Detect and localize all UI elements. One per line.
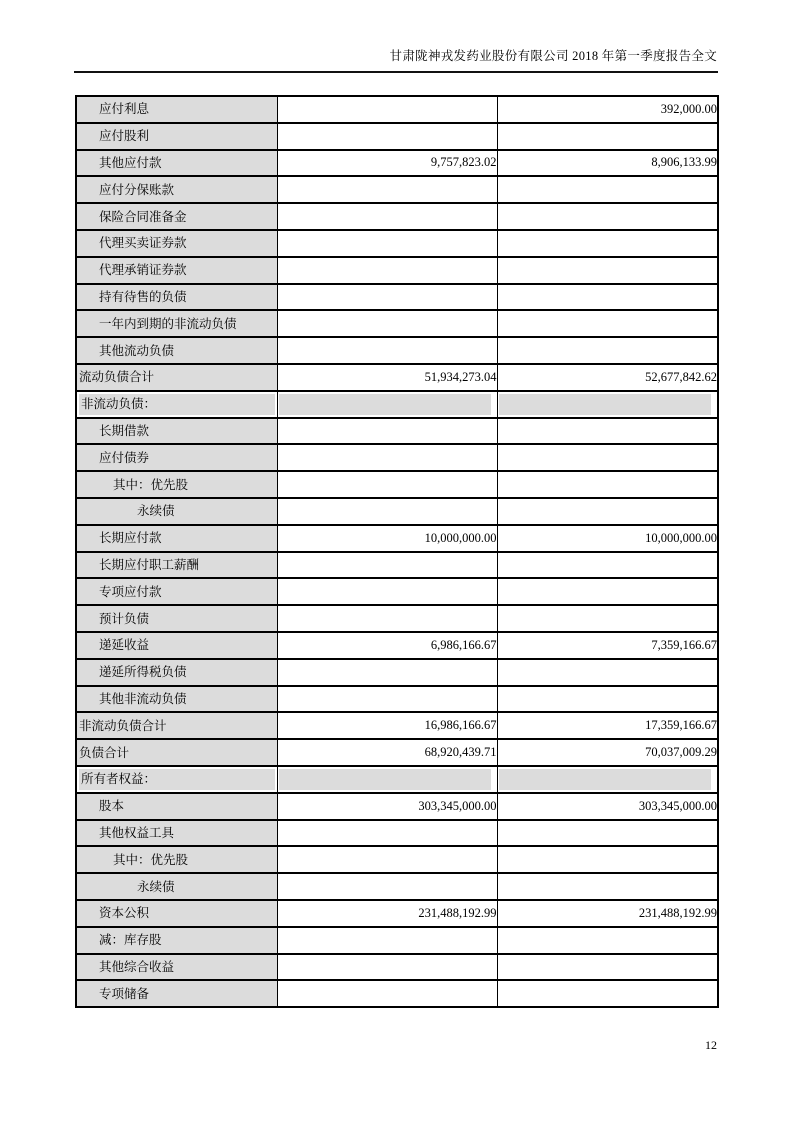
table-row: 永续债 <box>76 873 718 900</box>
row-label-cell: 代理承销证券款 <box>76 257 277 284</box>
table-row: 长期应付款 10,000,000.00 10,000,000.00 <box>76 525 718 552</box>
row-value-col2 <box>497 310 718 337</box>
row-label-cell: 其中：优先股 <box>76 846 277 873</box>
table-row: 资本公积 231,488,192.99 231,488,192.99 <box>76 900 718 927</box>
row-label: 一年内到期的非流动负债 <box>77 314 277 334</box>
row-value-col1 <box>277 552 497 579</box>
row-label-cell: 其他非流动负债 <box>76 686 277 713</box>
row-label-cell: 递延所得税负债 <box>76 659 277 686</box>
table-row: 应付利息 392,000.00 <box>76 96 718 123</box>
row-value-col2 <box>497 284 718 311</box>
row-label: 持有待售的负债 <box>77 287 277 307</box>
row-value-col1: 16,986,166.67 <box>277 712 497 739</box>
row-label-cell: 持有待售的负债 <box>76 284 277 311</box>
row-label: 所有者权益： <box>79 769 275 789</box>
row-value-col1 <box>277 284 497 311</box>
table-row: 减：库存股 <box>76 927 718 954</box>
row-value-col1 <box>277 471 497 498</box>
table-row: 其他应付款 9,757,823.02 8,906,133.99 <box>76 150 718 177</box>
row-value-col2 <box>497 471 718 498</box>
row-value-col1 <box>277 337 497 364</box>
row-value-col1 <box>277 444 497 471</box>
row-label-cell: 非流动负债： <box>76 391 277 418</box>
row-value-col2 <box>497 659 718 686</box>
row-label-cell: 专项储备 <box>76 980 277 1007</box>
table-row: 其中：优先股 <box>76 471 718 498</box>
row-label: 股本 <box>77 796 277 816</box>
row-value-col1 <box>277 686 497 713</box>
row-value-col2 <box>497 873 718 900</box>
row-label: 其他非流动负债 <box>77 689 277 709</box>
row-value-col2: 52,677,842.62 <box>497 364 718 391</box>
row-value-col1 <box>277 766 497 793</box>
row-label: 其他综合收益 <box>77 957 277 977</box>
row-label: 专项应付款 <box>77 582 277 602</box>
row-label: 永续债 <box>77 501 277 521</box>
row-label-cell: 股本 <box>76 793 277 820</box>
row-label: 保险合同准备金 <box>77 207 277 227</box>
row-label-cell: 减：库存股 <box>76 927 277 954</box>
row-label: 其他流动负债 <box>77 341 277 361</box>
row-label-cell: 一年内到期的非流动负债 <box>76 310 277 337</box>
row-value-col2 <box>497 418 718 445</box>
row-label-cell: 其他权益工具 <box>76 820 277 847</box>
table-row: 专项储备 <box>76 980 718 1007</box>
row-label: 代理买卖证券款 <box>77 233 277 253</box>
row-value-col2 <box>497 686 718 713</box>
row-label: 流动负债合计 <box>77 367 277 387</box>
row-value-col1 <box>277 257 497 284</box>
row-value-col2 <box>497 391 718 418</box>
row-label-cell: 所有者权益： <box>76 766 277 793</box>
row-label: 递延收益 <box>77 635 277 655</box>
row-label: 预计负债 <box>77 609 277 629</box>
row-value-col2 <box>497 927 718 954</box>
table-row: 其他非流动负债 <box>76 686 718 713</box>
table-row: 其他流动负债 <box>76 337 718 364</box>
row-label-cell: 应付债券 <box>76 444 277 471</box>
row-label-cell: 其他流动负债 <box>76 337 277 364</box>
table-row: 代理买卖证券款 <box>76 230 718 257</box>
row-label: 资本公积 <box>77 903 277 923</box>
row-value-col1 <box>277 203 497 230</box>
table-row: 长期借款 <box>76 418 718 445</box>
row-value-col1 <box>277 578 497 605</box>
row-value-col1 <box>277 846 497 873</box>
row-label: 其他权益工具 <box>77 823 277 843</box>
table-row: 预计负债 <box>76 605 718 632</box>
row-value-col1: 9,757,823.02 <box>277 150 497 177</box>
row-label: 应付债券 <box>77 448 277 468</box>
row-label: 减：库存股 <box>77 930 277 950</box>
row-label-cell: 流动负债合计 <box>76 364 277 391</box>
table-row: 应付债券 <box>76 444 718 471</box>
row-value-col2 <box>497 552 718 579</box>
row-label: 永续债 <box>77 877 277 897</box>
row-value-col2 <box>497 176 718 203</box>
row-value-col2: 17,359,166.67 <box>497 712 718 739</box>
row-label-cell: 应付分保账款 <box>76 176 277 203</box>
row-label: 递延所得税负债 <box>77 662 277 682</box>
row-value-col1 <box>277 498 497 525</box>
row-label: 其他应付款 <box>77 153 277 173</box>
row-value-col1 <box>277 927 497 954</box>
row-label: 应付利息 <box>77 99 277 119</box>
row-label: 非流动负债： <box>79 394 275 414</box>
row-value-col1 <box>277 176 497 203</box>
row-value-col1 <box>277 123 497 150</box>
row-value-col1 <box>277 391 497 418</box>
row-label-cell: 其中：优先股 <box>76 471 277 498</box>
row-label: 应付股利 <box>77 126 277 146</box>
table-row: 流动负债合计 51,934,273.04 52,677,842.62 <box>76 364 718 391</box>
row-label-cell: 资本公积 <box>76 900 277 927</box>
row-label-cell: 长期应付款 <box>76 525 277 552</box>
table-row: 长期应付职工薪酬 <box>76 552 718 579</box>
row-value-col2: 392,000.00 <box>497 96 718 123</box>
row-label: 长期应付职工薪酬 <box>77 555 277 575</box>
row-value-col2 <box>497 230 718 257</box>
row-value-col1 <box>277 418 497 445</box>
row-value-col2 <box>497 980 718 1007</box>
row-value-col2 <box>497 766 718 793</box>
table-row: 保险合同准备金 <box>76 203 718 230</box>
row-value-col2 <box>497 498 718 525</box>
row-value-col2 <box>497 123 718 150</box>
row-value-col2 <box>497 257 718 284</box>
table-row: 股本 303,345,000.00 303,345,000.00 <box>76 793 718 820</box>
row-label-cell: 其他综合收益 <box>76 954 277 981</box>
row-value-col1 <box>277 605 497 632</box>
row-label-cell: 其他应付款 <box>76 150 277 177</box>
table-row: 其中：优先股 <box>76 846 718 873</box>
row-value-col1 <box>277 96 497 123</box>
row-value-col1 <box>277 659 497 686</box>
row-label-cell: 应付股利 <box>76 123 277 150</box>
row-value-col1: 51,934,273.04 <box>277 364 497 391</box>
row-value-col1: 231,488,192.99 <box>277 900 497 927</box>
table-row: 一年内到期的非流动负债 <box>76 310 718 337</box>
row-value-col1 <box>277 873 497 900</box>
table-row: 递延所得税负债 <box>76 659 718 686</box>
row-value-col1 <box>277 954 497 981</box>
row-label: 长期借款 <box>77 421 277 441</box>
row-label-cell: 负债合计 <box>76 739 277 766</box>
table-row: 其他权益工具 <box>76 820 718 847</box>
row-label-cell: 永续债 <box>76 498 277 525</box>
row-value-col2 <box>497 444 718 471</box>
row-value-col1: 68,920,439.71 <box>277 739 497 766</box>
row-value-col2: 8,906,133.99 <box>497 150 718 177</box>
row-label-cell: 长期借款 <box>76 418 277 445</box>
header-divider-rule <box>74 71 718 73</box>
row-value-col1: 303,345,000.00 <box>277 793 497 820</box>
row-label: 专项储备 <box>77 984 277 1004</box>
row-label-cell: 代理买卖证券款 <box>76 230 277 257</box>
table-row: 非流动负债： <box>76 391 718 418</box>
table-row: 持有待售的负债 <box>76 284 718 311</box>
row-value-col2 <box>497 337 718 364</box>
row-label-cell: 永续债 <box>76 873 277 900</box>
row-value-col1 <box>277 230 497 257</box>
row-label: 其中：优先股 <box>77 850 277 870</box>
table-row: 递延收益 6,986,166.67 7,359,166.67 <box>76 632 718 659</box>
row-value-col2 <box>497 203 718 230</box>
table-row: 永续债 <box>76 498 718 525</box>
balance-sheet-table-body: 应付利息 392,000.00 应付股利 其他应付款 9,757,823.02 … <box>76 96 718 1007</box>
table-row: 专项应付款 <box>76 578 718 605</box>
table-row: 代理承销证券款 <box>76 257 718 284</box>
table-row: 应付分保账款 <box>76 176 718 203</box>
row-label: 代理承销证券款 <box>77 260 277 280</box>
balance-sheet-table: 应付利息 392,000.00 应付股利 其他应付款 9,757,823.02 … <box>75 95 719 1008</box>
row-label-cell: 非流动负债合计 <box>76 712 277 739</box>
row-value-col1: 10,000,000.00 <box>277 525 497 552</box>
row-label-cell: 应付利息 <box>76 96 277 123</box>
row-value-col2: 7,359,166.67 <box>497 632 718 659</box>
table-row: 其他综合收益 <box>76 954 718 981</box>
row-value-col1 <box>277 310 497 337</box>
row-label: 长期应付款 <box>77 528 277 548</box>
row-label-cell: 预计负债 <box>76 605 277 632</box>
row-value-col2: 10,000,000.00 <box>497 525 718 552</box>
row-label-cell: 递延收益 <box>76 632 277 659</box>
row-value-col2: 231,488,192.99 <box>497 900 718 927</box>
row-label: 其中：优先股 <box>77 475 277 495</box>
row-label: 负债合计 <box>77 743 277 763</box>
row-label-cell: 长期应付职工薪酬 <box>76 552 277 579</box>
row-value-col2 <box>497 954 718 981</box>
row-value-col2: 303,345,000.00 <box>497 793 718 820</box>
row-value-col1 <box>277 980 497 1007</box>
table-row: 非流动负债合计 16,986,166.67 17,359,166.67 <box>76 712 718 739</box>
row-value-col1 <box>277 820 497 847</box>
page-number: 12 <box>74 1038 717 1053</box>
row-value-col2 <box>497 820 718 847</box>
row-label-cell: 保险合同准备金 <box>76 203 277 230</box>
row-value-col2 <box>497 846 718 873</box>
row-value-col2 <box>497 578 718 605</box>
row-value-col2 <box>497 605 718 632</box>
row-label-cell: 专项应付款 <box>76 578 277 605</box>
report-header-title: 甘肃陇神戎发药业股份有限公司 2018 年第一季度报告全文 <box>74 49 717 64</box>
row-value-col2: 70,037,009.29 <box>497 739 718 766</box>
table-row: 应付股利 <box>76 123 718 150</box>
row-value-col1: 6,986,166.67 <box>277 632 497 659</box>
table-row: 所有者权益： <box>76 766 718 793</box>
row-label: 应付分保账款 <box>77 180 277 200</box>
table-row: 负债合计 68,920,439.71 70,037,009.29 <box>76 739 718 766</box>
row-label: 非流动负债合计 <box>77 716 277 736</box>
